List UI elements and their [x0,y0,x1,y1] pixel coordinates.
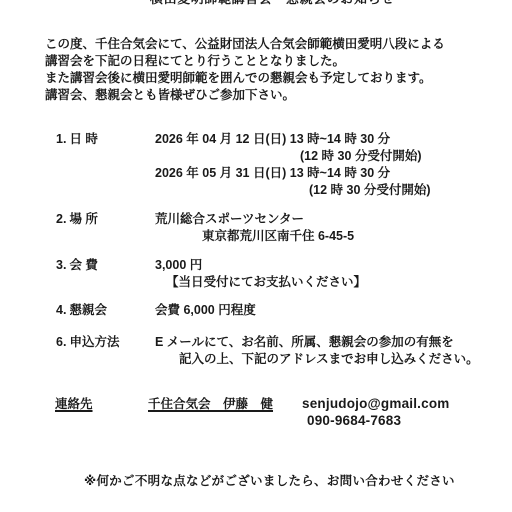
datetime-session2-reception: (12 時 30 分受付開始) [309,183,431,198]
intro-paragraph: この度、千住合気会にて、公益財団法人合気会師範横田愛明八段による 講習会を下記の… [45,36,445,104]
intro-line-2: 講習会を下記の日程にてとり行うこととなりました。 [45,53,445,70]
application-line-2: 記入の上、下記のアドレスまでお申し込みください。 [179,352,479,367]
section-label-venue: 2.場 所 [56,212,98,227]
fee-amount: 3,000 円 [155,258,202,273]
section-number-datetime: 1. [56,132,66,146]
section-label-datetime: 1.日 時 [56,132,98,147]
section-label-fee: 3.会 費 [56,258,98,273]
contact-phone: 090-9684-7683 [307,413,401,428]
intro-line-3: また講習会後に横田愛明師範を囲んでの懇親会も予定しております。 [45,70,445,87]
section-number-application: 6. [56,335,66,349]
footer-inquiry-note: ※何かご不明な点などがございましたら、お問い合わせください [84,474,455,489]
venue-name: 荒川総合スポーツセンター [155,212,304,227]
fee-payment-note: 【当日受付にてお支払いください】 [166,275,366,290]
contact-person-name: 千住合気会 伊藤 健 [148,397,273,412]
datetime-session2: 2026 年 05 月 31 日(日) 13 時~14 時 30 分 [155,166,390,181]
party-fee-detail: 会費 6,000 円程度 [155,303,256,318]
application-line-1: E メールにて、お名前、所属、懇親会の参加の有無を [155,335,454,350]
section-number-party: 4. [56,303,66,317]
venue-address: 東京都荒川区南千住 6-45-5 [202,229,354,244]
contact-label: 連絡先 [55,397,93,412]
datetime-session1-reception: (12 時 30 分受付開始) [300,149,422,164]
section-number-venue: 2. [56,212,66,226]
section-label-party: 4.懇親会 [56,303,107,318]
document-page: 横田愛明師範講習会・懇親会のお知らせ この度、千住合気会にて、公益財団法人合気会… [0,0,512,512]
section-label-application: 6.申込方法 [56,335,119,350]
section-number-fee: 3. [56,258,66,272]
contact-email: senjudojo@gmail.com [302,396,449,411]
intro-line-1: この度、千住合気会にて、公益財団法人合気会師範横田愛明八段による [45,36,445,53]
intro-line-4: 講習会、懇親会とも皆様ぜひご参加下さい。 [45,87,445,104]
page-title-clipped: 横田愛明師範講習会・懇親会のお知らせ [150,0,394,7]
datetime-session1: 2026 年 04 月 12 日(日) 13 時~14 時 30 分 [155,132,390,147]
